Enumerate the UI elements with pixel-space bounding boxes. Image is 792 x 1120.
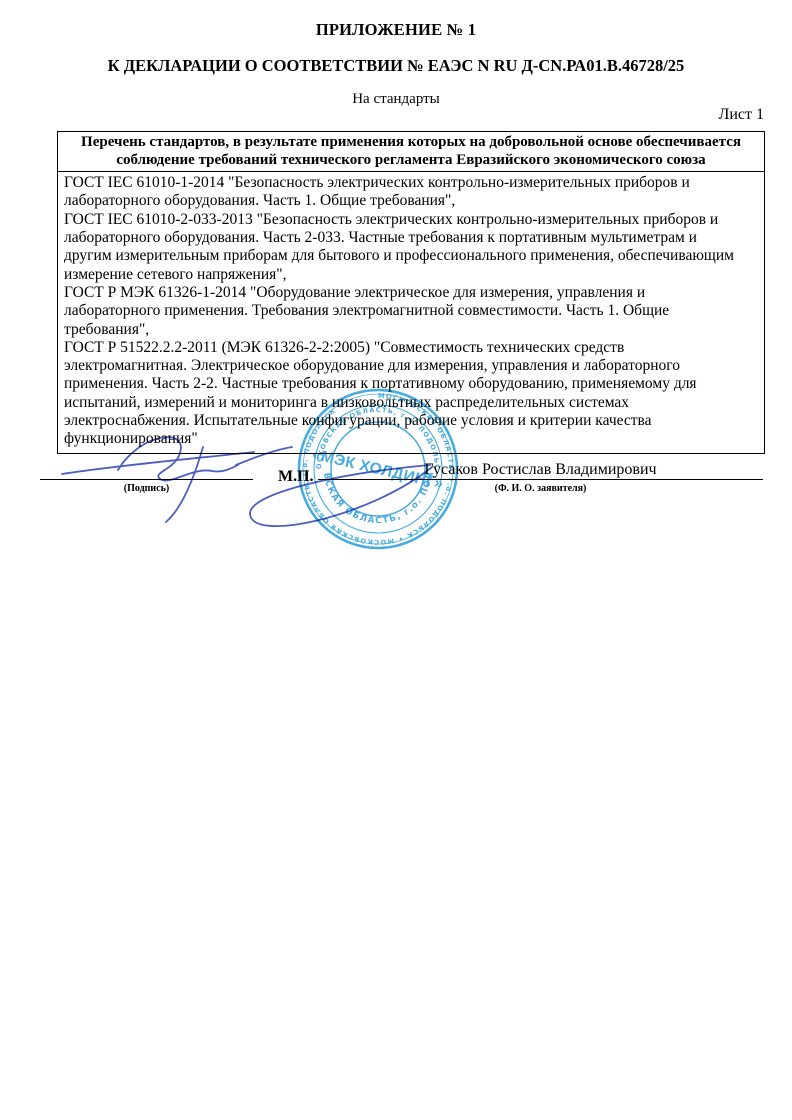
doc-type-label: На стандарты bbox=[0, 91, 792, 108]
page-title: ПРИЛОЖЕНИЕ № 1 bbox=[0, 20, 792, 40]
standards-table-header: Перечень стандартов, в результате примен… bbox=[58, 132, 764, 172]
document-page: ПРИЛОЖЕНИЕ № 1 К ДЕКЛАРАЦИИ О СООТВЕТСТВ… bbox=[0, 0, 792, 1120]
declaration-number-subtitle: К ДЕКЛАРАЦИИ О СООТВЕТСТВИИ № ЕАЭС N RU … bbox=[0, 56, 792, 76]
handwritten-signature bbox=[40, 425, 450, 560]
sheet-label: Лист 1 bbox=[718, 106, 764, 124]
